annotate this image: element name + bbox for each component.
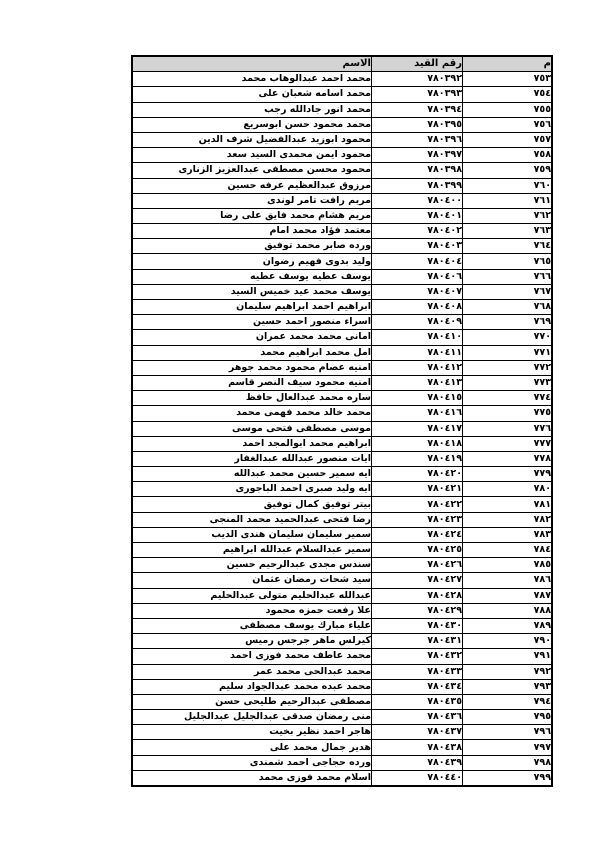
student-name-cell: محمد عاطف محمد فوزى احمد: [132, 649, 372, 664]
student-name-cell: امنيه محمود سيف النصر قاسم: [132, 375, 372, 390]
table-row: ٧٧٣ ٧٨٠٤١٣ امنيه محمود سيف النصر قاسم: [132, 375, 552, 390]
registration-number-cell: ٧٨٠٤١٧: [372, 421, 463, 436]
header-name: الاسم: [132, 56, 372, 72]
serial-number-cell: ٧٧٦: [463, 421, 553, 436]
student-name-cell: كيرلس ماهر جرجس رميس: [132, 634, 372, 649]
serial-number-cell: ٧٩١: [463, 649, 553, 664]
registration-number-cell: ٧٨٠٤٠٧: [372, 284, 463, 299]
student-name-cell: سمير سليمان سليمان هندى الديب: [132, 527, 372, 542]
serial-number-cell: ٧٩٨: [463, 755, 553, 770]
registration-number-cell: ٧٨٠٤٢٣: [372, 512, 463, 527]
serial-number-cell: ٧٨٦: [463, 573, 553, 588]
student-name-cell: مريم هشام محمد فايق على رضا: [132, 208, 372, 223]
serial-number-cell: ٧٥٦: [463, 117, 553, 132]
serial-number-cell: ٧٦١: [463, 193, 553, 208]
registration-number-cell: ٧٨٠٤٢٨: [372, 588, 463, 603]
serial-number-cell: ٧٥٣: [463, 72, 553, 87]
table-row: ٧٩٥ ٧٨٠٤٣٦ منى رمضان صدقى عبدالجليل عبدا…: [132, 710, 552, 725]
registration-number-cell: ٧٨٠٤١٩: [372, 451, 463, 466]
registration-number-cell: ٧٨٠٤١٨: [372, 436, 463, 451]
student-name-cell: محمد عبدالحى محمد عمر: [132, 664, 372, 679]
serial-number-cell: ٧٥٧: [463, 132, 553, 147]
student-name-cell: امنيه عصام محمود محمد جوهر: [132, 360, 372, 375]
table-row: ٧٧٦ ٧٨٠٤١٧ موسى مصطفى فتحى موسى: [132, 421, 552, 436]
student-name-cell: محمود ابوزيد عبدالفضيل شرف الدين: [132, 132, 372, 147]
table-row: ٧٥٧ ٧٨٠٣٩٦ محمود ابوزيد عبدالفضيل شرف ال…: [132, 132, 552, 147]
student-name-cell: محمد انور جادالله رجب: [132, 102, 372, 117]
registration-number-cell: ٧٨٠٤٤٠: [372, 770, 463, 786]
student-name-cell: محمد احمد عبدالوهاب محمد: [132, 72, 372, 87]
registration-number-cell: ٧٨٠٤١٢: [372, 360, 463, 375]
registration-number-cell: ٧٨٠٤٢٧: [372, 573, 463, 588]
student-name-cell: علا رفعت حمزه محمود: [132, 603, 372, 618]
student-name-cell: محمود محسن مصطفى عبدالعزيز الزنارى: [132, 163, 372, 178]
registration-number-cell: ٧٨٠٣٩٤: [372, 102, 463, 117]
table-row: ٧٨٦ ٧٨٠٤٢٧ سيد شحات رمضان عثمان: [132, 573, 552, 588]
table-row: ٧٧١ ٧٨٠٤١١ امل محمد ابراهيم محمد: [132, 345, 552, 360]
table-row: ٧٩٠ ٧٨٠٤٣١ كيرلس ماهر جرجس رميس: [132, 634, 552, 649]
student-name-cell: امانى محمد محمد عمران: [132, 330, 372, 345]
serial-number-cell: ٧٦٠: [463, 178, 553, 193]
student-name-cell: هاجر احمد نظير بخيت: [132, 725, 372, 740]
table-row: ٧٦٥ ٧٨٠٤٠٤ وليد بدوى فهيم رضوان: [132, 254, 552, 269]
registration-number-cell: ٧٨٠٤٢٥: [372, 543, 463, 558]
serial-number-cell: ٧٨٣: [463, 527, 553, 542]
registration-number-cell: ٧٨٠٤٣٢: [372, 649, 463, 664]
table-row: ٧٧٩ ٧٨٠٤٢٠ ايه سمير حسين محمد عبدالله: [132, 467, 552, 482]
table-row: ٧٥٤ ٧٨٠٣٩٣ محمد اسامه شعبان على: [132, 87, 552, 102]
serial-number-cell: ٧٩٢: [463, 664, 553, 679]
student-roster-table: م رقم القيد الاسم ٧٥٣ ٧٨٠٣٩٢ محمد احمد ع…: [131, 55, 553, 787]
serial-number-cell: ٧٦٧: [463, 284, 553, 299]
registration-number-cell: ٧٨٠٤٠٣: [372, 239, 463, 254]
table-row: ٧٨٤ ٧٨٠٤٢٥ سمير عبدالسلام عبدالله ابراهي…: [132, 543, 552, 558]
serial-number-cell: ٧٩٣: [463, 679, 553, 694]
student-name-cell: وليد بدوى فهيم رضوان: [132, 254, 372, 269]
student-name-cell: سيد شحات رمضان عثمان: [132, 573, 372, 588]
serial-number-cell: ٧٧٢: [463, 360, 553, 375]
registration-number-cell: ٧٨٠٤٠٠: [372, 193, 463, 208]
serial-number-cell: ٧٩٩: [463, 770, 553, 786]
table-row: ٧٦٤ ٧٨٠٤٠٣ ورده صابر محمد توفيق: [132, 239, 552, 254]
serial-number-cell: ٧٧٥: [463, 406, 553, 421]
header-serial-number: م: [463, 56, 553, 72]
serial-number-cell: ٧٨٠: [463, 482, 553, 497]
serial-number-cell: ٧٩٧: [463, 740, 553, 755]
serial-number-cell: ٧٨٩: [463, 618, 553, 633]
student-name-cell: ايات منصور عبدالله عبدالغفار: [132, 451, 372, 466]
student-name-cell: امل محمد ابراهيم محمد: [132, 345, 372, 360]
registration-number-cell: ٧٨٠٤٠٤: [372, 254, 463, 269]
student-name-cell: محمد عبده محمد عبدالجواد سليم: [132, 679, 372, 694]
registration-number-cell: ٧٨٠٤٣٨: [372, 740, 463, 755]
table-header-row: م رقم القيد الاسم: [132, 56, 552, 72]
serial-number-cell: ٧٥٨: [463, 148, 553, 163]
registration-number-cell: ٧٨٠٤٣٩: [372, 755, 463, 770]
registration-number-cell: ٧٨٠٤٢٤: [372, 527, 463, 542]
registration-number-cell: ٧٨٠٣٩٥: [372, 117, 463, 132]
serial-number-cell: ٧٩٥: [463, 710, 553, 725]
student-name-cell: ورده حجاجى احمد شمندى: [132, 755, 372, 770]
serial-number-cell: ٧٦٢: [463, 208, 553, 223]
registration-number-cell: ٧٨٠٤١١: [372, 345, 463, 360]
student-name-cell: محمود ايمن محمدى السيد سعد: [132, 148, 372, 163]
student-name-cell: منى رمضان صدقى عبدالجليل عبدالجليل: [132, 710, 372, 725]
student-name-cell: موسى مصطفى فتحى موسى: [132, 421, 372, 436]
student-name-cell: ابراهيم محمد ابوالمجد احمد: [132, 436, 372, 451]
student-name-cell: مريم رافت تامر لوندى: [132, 193, 372, 208]
student-name-cell: ابراهيم احمد ابراهيم سليمان: [132, 300, 372, 315]
table-row: ٧٥٦ ٧٨٠٣٩٥ محمد محمود حسن ابوسريع: [132, 117, 552, 132]
table-row: ٧٨٢ ٧٨٠٤٢٣ رضا فتحى عبدالحميد محمد المنج…: [132, 512, 552, 527]
serial-number-cell: ٧٨٢: [463, 512, 553, 527]
table-row: ٧٧٥ ٧٨٠٤١٦ محمد خالد محمد فهمى محمد: [132, 406, 552, 421]
serial-number-cell: ٧٧٩: [463, 467, 553, 482]
student-name-cell: هدير جمال محمد على: [132, 740, 372, 755]
registration-number-cell: ٧٨٠٤١٦: [372, 406, 463, 421]
registration-number-cell: ٧٨٠٣٩٦: [372, 132, 463, 147]
table-row: ٧٩٤ ٧٨٠٤٣٥ مصطفى عبدالرحيم طليحى حسن: [132, 694, 552, 709]
table-row: ٧٥٣ ٧٨٠٣٩٢ محمد احمد عبدالوهاب محمد: [132, 72, 552, 87]
table-row: ٧٩٣ ٧٨٠٤٣٤ محمد عبده محمد عبدالجواد سليم: [132, 679, 552, 694]
table-row: ٧٧٧ ٧٨٠٤١٨ ابراهيم محمد ابوالمجد احمد: [132, 436, 552, 451]
table-row: ٧٩٢ ٧٨٠٤٣٣ محمد عبدالحى محمد عمر: [132, 664, 552, 679]
table-row: ٧٩٩ ٧٨٠٤٤٠ اسلام محمد فوزى محمد: [132, 770, 552, 786]
registration-number-cell: ٧٨٠٣٩٨: [372, 163, 463, 178]
registration-number-cell: ٧٨٠٤٠٢: [372, 224, 463, 239]
student-name-cell: محمد محمود حسن ابوسريع: [132, 117, 372, 132]
serial-number-cell: ٧٧٠: [463, 330, 553, 345]
table-row: ٧٧٠ ٧٨٠٤١٠ امانى محمد محمد عمران: [132, 330, 552, 345]
student-name-cell: ايه سمير حسين محمد عبدالله: [132, 467, 372, 482]
serial-number-cell: ٧٥٤: [463, 87, 553, 102]
student-name-cell: ساره محمد عبدالعال حافظ: [132, 391, 372, 406]
serial-number-cell: ٧٩٤: [463, 694, 553, 709]
student-name-cell: عبدالله عبدالحليم متولى عبدالحليم: [132, 588, 372, 603]
student-name-cell: ورده صابر محمد توفيق: [132, 239, 372, 254]
table-row: ٧٦٨ ٧٨٠٤٠٨ ابراهيم احمد ابراهيم سليمان: [132, 300, 552, 315]
student-name-cell: رضا فتحى عبدالحميد محمد المنجى: [132, 512, 372, 527]
student-name-cell: ايه وليد صبرى احمد الباجورى: [132, 482, 372, 497]
table-body: ٧٥٣ ٧٨٠٣٩٢ محمد احمد عبدالوهاب محمد ٧٥٤ …: [132, 72, 552, 786]
registration-number-cell: ٧٨٠٤٢٢: [372, 497, 463, 512]
registration-number-cell: ٧٨٠٣٩٢: [372, 72, 463, 87]
table-row: ٧٩٦ ٧٨٠٤٣٧ هاجر احمد نظير بخيت: [132, 725, 552, 740]
table-row: ٧٨٧ ٧٨٠٤٢٨ عبدالله عبدالحليم متولى عبدال…: [132, 588, 552, 603]
table-row: ٧٦٩ ٧٨٠٤٠٩ اسراء منصور احمد حسين: [132, 315, 552, 330]
header-registration-number: رقم القيد: [372, 56, 463, 72]
registration-number-cell: ٧٨٠٤٣٧: [372, 725, 463, 740]
registration-number-cell: ٧٨٠٤٠٦: [372, 269, 463, 284]
serial-number-cell: ٧٦٤: [463, 239, 553, 254]
serial-number-cell: ٧٦٦: [463, 269, 553, 284]
serial-number-cell: ٧٧٣: [463, 375, 553, 390]
table-row: ٧٦٧ ٧٨٠٤٠٧ يوسف محمد عيد خميس السيد: [132, 284, 552, 299]
table-row: ٧٦٣ ٧٨٠٤٠٢ معتمد فؤاد محمد امام: [132, 224, 552, 239]
table-row: ٧٧٢ ٧٨٠٤١٢ امنيه عصام محمود محمد جوهر: [132, 360, 552, 375]
table-row: ٧٦٢ ٧٨٠٤٠١ مريم هشام محمد فايق على رضا: [132, 208, 552, 223]
registration-number-cell: ٧٨٠٤٣٠: [372, 618, 463, 633]
student-name-cell: بيتر توفيق كمال توفيق: [132, 497, 372, 512]
student-name-cell: علياء مبارك يوسف مصطفى: [132, 618, 372, 633]
student-name-cell: معتمد فؤاد محمد امام: [132, 224, 372, 239]
table-row: ٧٩٨ ٧٨٠٤٣٩ ورده حجاجى احمد شمندى: [132, 755, 552, 770]
serial-number-cell: ٧٨٨: [463, 603, 553, 618]
table-header: م رقم القيد الاسم: [132, 56, 552, 72]
registration-number-cell: ٧٨٠٤٣٤: [372, 679, 463, 694]
registration-number-cell: ٧٨٠٤٣٥: [372, 694, 463, 709]
registration-number-cell: ٧٨٠٣٩٧: [372, 148, 463, 163]
table-row: ٧٧٨ ٧٨٠٤١٩ ايات منصور عبدالله عبدالغفار: [132, 451, 552, 466]
serial-number-cell: ٧٨٧: [463, 588, 553, 603]
serial-number-cell: ٧٧١: [463, 345, 553, 360]
registration-number-cell: ٧٨٠٤١٠: [372, 330, 463, 345]
registration-number-cell: ٧٨٠٤٢٦: [372, 558, 463, 573]
serial-number-cell: ٧٥٩: [463, 163, 553, 178]
table-row: ٧٥٥ ٧٨٠٣٩٤ محمد انور جادالله رجب: [132, 102, 552, 117]
document-page: م رقم القيد الاسم ٧٥٣ ٧٨٠٣٩٢ محمد احمد ع…: [0, 0, 595, 841]
table-row: ٧٨٣ ٧٨٠٤٢٤ سمير سليمان سليمان هندى الديب: [132, 527, 552, 542]
student-name-cell: اسلام محمد فوزى محمد: [132, 770, 372, 786]
registration-number-cell: ٧٨٠٣٩٣: [372, 87, 463, 102]
student-name-cell: اسراء منصور احمد حسين: [132, 315, 372, 330]
registration-number-cell: ٧٨٠٤٠٨: [372, 300, 463, 315]
serial-number-cell: ٧٧٨: [463, 451, 553, 466]
table-row: ٧٨٠ ٧٨٠٤٢١ ايه وليد صبرى احمد الباجورى: [132, 482, 552, 497]
registration-number-cell: ٧٨٠٤٣٦: [372, 710, 463, 725]
student-name-cell: محمد خالد محمد فهمى محمد: [132, 406, 372, 421]
table-row: ٧٦٠ ٧٨٠٣٩٩ مرزوق عبدالعظيم عرفه حسين: [132, 178, 552, 193]
registration-number-cell: ٧٨٠٤٢١: [372, 482, 463, 497]
serial-number-cell: ٧٨١: [463, 497, 553, 512]
registration-number-cell: ٧٨٠٤٠٩: [372, 315, 463, 330]
table-row: ٧٩٧ ٧٨٠٤٣٨ هدير جمال محمد على: [132, 740, 552, 755]
serial-number-cell: ٧٧٧: [463, 436, 553, 451]
serial-number-cell: ٧٨٤: [463, 543, 553, 558]
table-row: ٧٨٩ ٧٨٠٤٣٠ علياء مبارك يوسف مصطفى: [132, 618, 552, 633]
serial-number-cell: ٧٧٤: [463, 391, 553, 406]
table-row: ٧٨٨ ٧٨٠٤٢٩ علا رفعت حمزه محمود: [132, 603, 552, 618]
registration-number-cell: ٧٨٠٤٢٩: [372, 603, 463, 618]
serial-number-cell: ٧٦٩: [463, 315, 553, 330]
serial-number-cell: ٧٥٥: [463, 102, 553, 117]
registration-number-cell: ٧٨٠٤٣١: [372, 634, 463, 649]
serial-number-cell: ٧٩٠: [463, 634, 553, 649]
table-row: ٧٩١ ٧٨٠٤٣٢ محمد عاطف محمد فوزى احمد: [132, 649, 552, 664]
registration-number-cell: ٧٨٠٣٩٩: [372, 178, 463, 193]
student-name-cell: محمد اسامه شعبان على: [132, 87, 372, 102]
registration-number-cell: ٧٨٠٤٣٣: [372, 664, 463, 679]
table-row: ٧٥٨ ٧٨٠٣٩٧ محمود ايمن محمدى السيد سعد: [132, 148, 552, 163]
table-row: ٧٧٤ ٧٨٠٤١٥ ساره محمد عبدالعال حافظ: [132, 391, 552, 406]
student-name-cell: سندس مجدى عبدالرحيم حسين: [132, 558, 372, 573]
serial-number-cell: ٧٩٦: [463, 725, 553, 740]
registration-number-cell: ٧٨٠٤٢٠: [372, 467, 463, 482]
table-row: ٧٦٦ ٧٨٠٤٠٦ يوسف عطيه يوسف عطيه: [132, 269, 552, 284]
student-name-cell: يوسف عطيه يوسف عطيه: [132, 269, 372, 284]
table-row: ٧٦١ ٧٨٠٤٠٠ مريم رافت تامر لوندى: [132, 193, 552, 208]
student-name-cell: مصطفى عبدالرحيم طليحى حسن: [132, 694, 372, 709]
table-row: ٧٨١ ٧٨٠٤٢٢ بيتر توفيق كمال توفيق: [132, 497, 552, 512]
student-name-cell: سمير عبدالسلام عبدالله ابراهيم: [132, 543, 372, 558]
serial-number-cell: ٧٨٥: [463, 558, 553, 573]
student-name-cell: يوسف محمد عيد خميس السيد: [132, 284, 372, 299]
registration-number-cell: ٧٨٠٤١٥: [372, 391, 463, 406]
registration-number-cell: ٧٨٠٤٠١: [372, 208, 463, 223]
serial-number-cell: ٧٦٣: [463, 224, 553, 239]
serial-number-cell: ٧٦٨: [463, 300, 553, 315]
table-row: ٧٨٥ ٧٨٠٤٢٦ سندس مجدى عبدالرحيم حسين: [132, 558, 552, 573]
table-row: ٧٥٩ ٧٨٠٣٩٨ محمود محسن مصطفى عبدالعزيز ال…: [132, 163, 552, 178]
student-name-cell: مرزوق عبدالعظيم عرفه حسين: [132, 178, 372, 193]
registration-number-cell: ٧٨٠٤١٣: [372, 375, 463, 390]
serial-number-cell: ٧٦٥: [463, 254, 553, 269]
